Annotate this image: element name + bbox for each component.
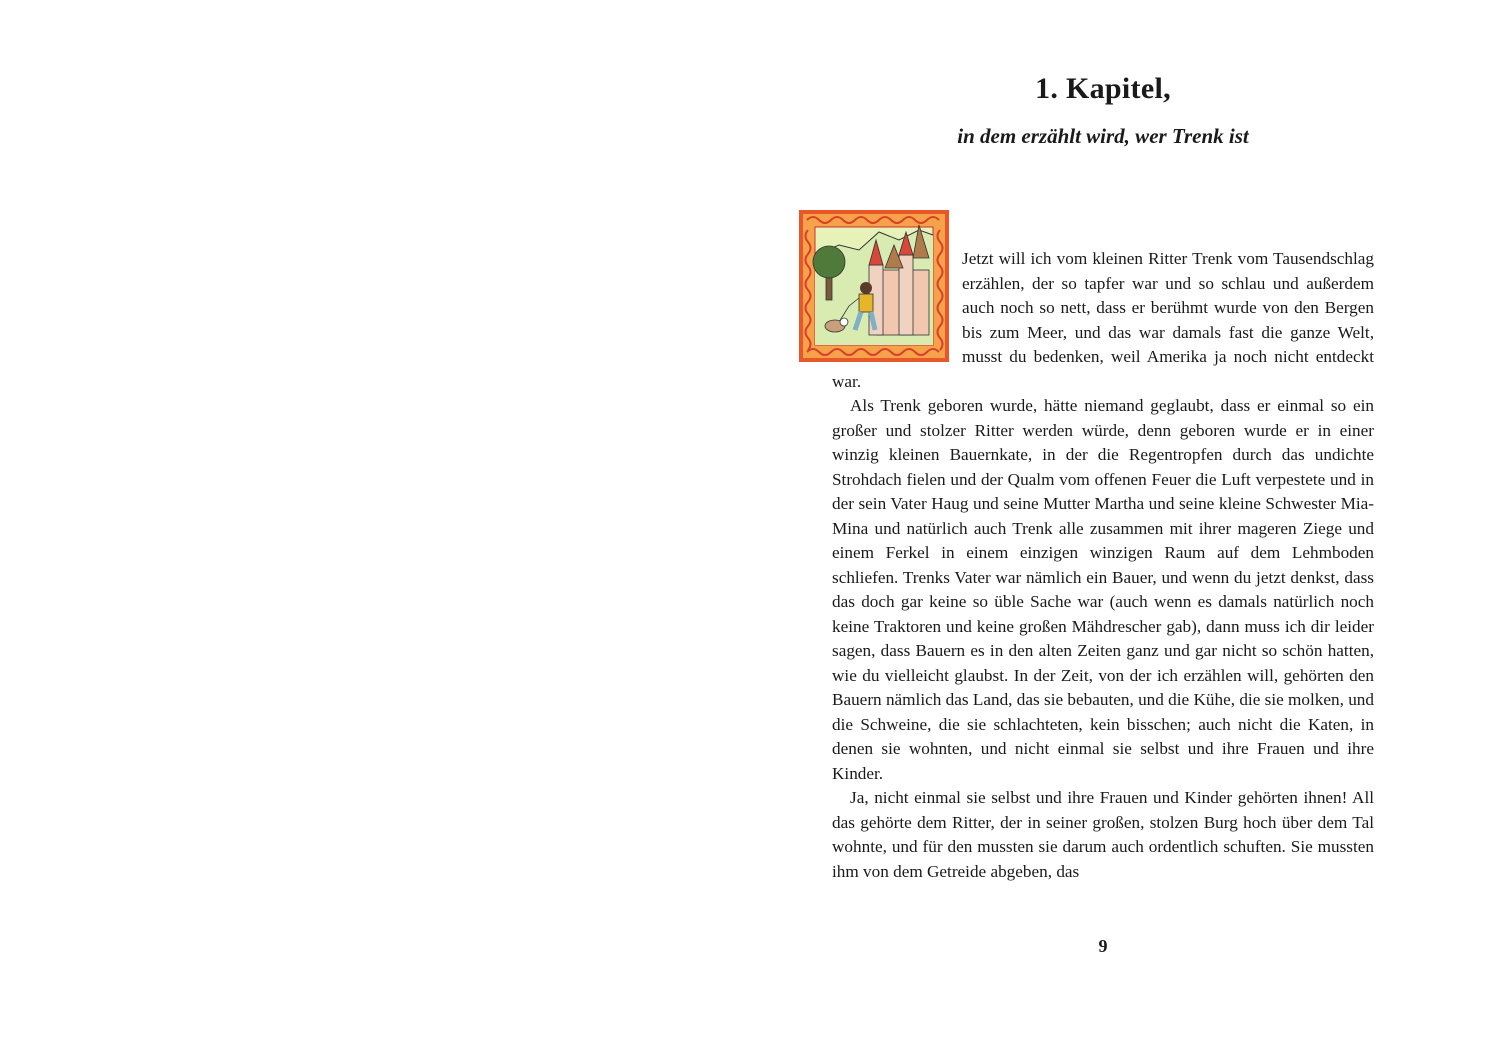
paragraph-3: Ja, nicht einmal sie selbst und ihre Fra… [832, 786, 1374, 884]
paragraph-2: Als Trenk geboren wurde, hätte niemand g… [832, 394, 1374, 786]
chapter-subtitle: in dem erzählt wird, wer Trenk ist [832, 124, 1374, 149]
page-number: 9 [832, 936, 1374, 957]
right-page: 1. Kapitel, in dem erzählt wird, wer Tre… [832, 0, 1374, 1056]
chapter-body: Jetzt will ich vom kleinen Ritter Trenk … [832, 247, 1374, 884]
chapter-title: 1. Kapitel, [832, 72, 1374, 106]
paragraph-1: Jetzt will ich vom kleinen Ritter Trenk … [832, 247, 1374, 394]
